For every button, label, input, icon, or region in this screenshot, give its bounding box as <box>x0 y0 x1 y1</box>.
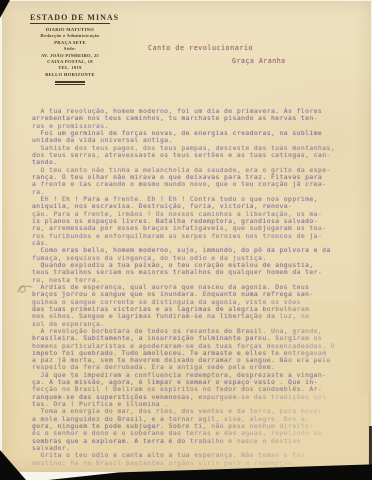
typescript-line: a mole languidez do Brasil, e a tornar a… <box>32 416 350 423</box>
typescript-line: Grita o teu odio e canta alto a tua espe… <box>32 452 350 459</box>
typescript-line: Ardias de esperança, qual aurora que nas… <box>32 284 350 291</box>
letterhead-rule <box>55 81 85 85</box>
typescript-line: ros furibundos e enforquilharam as serpe… <box>32 233 350 240</box>
typescript-line: salvador. <box>32 445 350 452</box>
typescript-line: Toma a energia do mar, dos rios, dos ven… <box>32 408 350 415</box>
typescript-line: braços jorrou o sangue que os inundara. … <box>32 291 350 298</box>
typescript-line: sombras que a exploram. A terra é do tra… <box>32 438 350 445</box>
letterhead-address: DIARIO MATUTINORedacção e AdministraçãoP… <box>28 27 112 78</box>
letterhead: ESTADO DE MINAS DIARIO MATUTINORedacção … <box>28 13 112 85</box>
typescript-line: brasileira. Subitamente, a insurreição f… <box>32 335 350 342</box>
scanned-document-page: ESTADO DE MINAS DIARIO MATUTINORedacção … <box>0 0 372 480</box>
typescript-line: gora, ninguem te pode subjugar. Sobre ti… <box>32 423 350 430</box>
typescript-line: impeto foi quebrado. Tudo amolleceu. Te … <box>32 350 350 357</box>
typescript-line: ra, arremessada por esses braços infatig… <box>32 225 350 232</box>
letterhead-line: BELLO HORIZONTE <box>28 72 112 78</box>
typescript-line: homens particularistas e apoderaram-se d… <box>32 343 350 350</box>
typescript-line: respeito da fera derrubada. Era a antiga… <box>32 364 350 371</box>
typescript-line: das tuas primeiras victorias e as lagrim… <box>32 306 350 313</box>
typescript-line: Sahiste dos teus pagos, dos teus pampas,… <box>32 145 350 152</box>
typescript-line: Como eras bello, homem moderno, sujo, im… <box>32 247 350 254</box>
typescript-line: ra, nesta terra. <box>32 277 350 284</box>
pencil-mark <box>16 282 34 296</box>
letterhead-line: Redacção e Administração <box>28 33 112 39</box>
document-author: Graça Aranha <box>232 57 286 65</box>
typescript-line: unidade da vida universal antiga. <box>32 137 350 144</box>
typescript-body: A tua revolução, homem moderno, foi um d… <box>32 108 350 467</box>
typescript-line: Já que te impediram a confluencia redemp… <box>32 372 350 379</box>
typescript-line: rança. O teu olhar não mirava o que deix… <box>32 174 350 181</box>
typescript-line: ras e promissoras. <box>32 123 350 130</box>
typescript-line: aniquila, nos escravisa. Destruição, fur… <box>32 203 350 210</box>
typescript-line: O teu canto não tinha a melancholia da s… <box>32 167 350 174</box>
typescript-line: tando. <box>32 159 350 166</box>
typescript-line: teus trabalhos seriam os maiores trabalh… <box>32 269 350 276</box>
typescript-line: nos olhos. Sangue e lagrimas fundiram-se… <box>32 313 350 320</box>
typescript-line: sol de esperança. <box>32 321 350 328</box>
typescript-line: fumaça, sequioso da vingança, do teu odi… <box>32 255 350 262</box>
typescript-line: A revolução borbotara de todos os recant… <box>32 328 350 335</box>
typescript-line: is planos os espaços livres. Batalha red… <box>32 218 350 225</box>
typescript-line: ranquem-se das superstições venenosas, e… <box>32 394 350 401</box>
typescript-line: fecção no Brasil ! Deliram os espiritos … <box>32 386 350 393</box>
typescript-line: a paz já morta, sem te haverem deixado d… <box>32 357 350 364</box>
document-title: Canto de revolucionario <box>148 44 253 52</box>
typescript-line: a frente e ias creando o mesmo mundo nov… <box>32 181 350 188</box>
typescript-line: Foi um germinal de forças novas, de ener… <box>32 130 350 137</box>
typescript-line: Eh ! Eh ! Para a frente. Eh ! Eh ! Contr… <box>32 196 350 203</box>
typescript-line: destino: ha no Brasil bastantes orgãos v… <box>32 460 350 467</box>
typescript-line: ra. <box>32 189 350 196</box>
typescript-line: és o senhor e dono e o soberano das terr… <box>32 430 350 437</box>
typescript-line: guinea o sangue corrente se distinguia d… <box>32 299 350 306</box>
typescript-line: dos teus serros, atravessaste os teus se… <box>32 152 350 159</box>
typescript-line: arrebentaram nos teus caminhos, tu march… <box>32 115 350 122</box>
typescript-line: ção. Para a frente, irmãos ! Os nossos c… <box>32 211 350 218</box>
letterhead-name: ESTADO DE MINAS <box>30 13 110 24</box>
typescript-line: A tua revolução, homem moderno, foi um d… <box>32 108 350 115</box>
typescript-line: tas. Ora ! Purifica e illumina . <box>32 401 350 408</box>
typescript-line: ça. A tua missão, agora, é limpar e seme… <box>32 379 350 386</box>
typescript-line: cás. <box>32 240 350 247</box>
typescript-line: Quando explodiu a tua paixão, o teu cora… <box>32 262 350 269</box>
